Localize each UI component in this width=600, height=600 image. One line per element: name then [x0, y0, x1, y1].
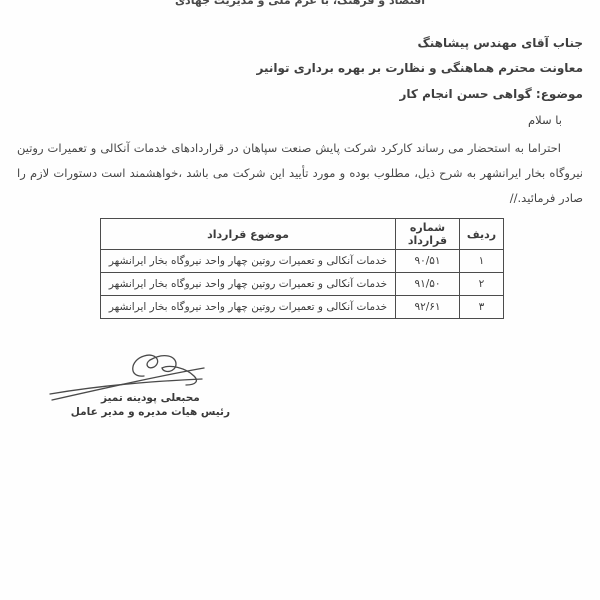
scanned-letter-page: اقتصاد و فرهنگ، با عزم ملی و مدیریت جهاد…	[0, 0, 600, 600]
signatory-title: رئیس هیات مدیره و مدیر عامل	[71, 406, 230, 420]
col-header-row-number: ردیف	[460, 219, 504, 250]
cell-row-number: ۱	[460, 250, 504, 273]
year-slogan: اقتصاد و فرهنگ، با عزم ملی و مدیریت جهاد…	[0, 0, 600, 7]
cell-contract-number: ۹۲/۶۱	[396, 296, 460, 319]
col-header-contract-number: شماره قرارداد	[396, 219, 460, 250]
cell-row-number: ۲	[460, 273, 504, 296]
cell-contract-subject: خدمات آنکالی و تعمیرات روتین چهار واحد ن…	[101, 250, 396, 273]
signature-block: محبعلی پودینه تمیز رئیس هیات مدیره و مدی…	[48, 348, 218, 420]
contracts-table: ردیف شماره قرارداد موضوع قرارداد ۱ ۹۰/۵۱…	[100, 218, 504, 319]
cell-contract-number: ۹۰/۵۱	[396, 250, 460, 273]
recipient-name: جناب آقای مهندس پیشاهنگ	[418, 36, 584, 50]
letter-subject: موضوع: گواهی حسن انجام کار	[400, 87, 583, 101]
cell-contract-subject: خدمات آنکالی و تعمیرات روتین چهار واحد ن…	[101, 273, 396, 296]
salutation: با سلام	[528, 113, 562, 127]
table-header-row: ردیف شماره قرارداد موضوع قرارداد	[101, 219, 504, 250]
signatory-info: محبعلی پودینه تمیز رئیس هیات مدیره و مدی…	[71, 392, 230, 419]
table-row: ۲ ۹۱/۵۰ خدمات آنکالی و تعمیرات روتین چها…	[101, 273, 504, 296]
cell-contract-subject: خدمات آنکالی و تعمیرات روتین چهار واحد ن…	[101, 296, 396, 319]
table-row: ۱ ۹۰/۵۱ خدمات آنکالی و تعمیرات روتین چها…	[101, 250, 504, 273]
cell-row-number: ۳	[460, 296, 504, 319]
recipient-title: معاونت محترم هماهنگی و نظارت بر بهره برد…	[257, 61, 583, 75]
cell-contract-number: ۹۱/۵۰	[396, 273, 460, 296]
table-row: ۳ ۹۲/۶۱ خدمات آنکالی و تعمیرات روتین چها…	[101, 296, 504, 319]
letter-body: احتراما به استحضار می رساند کارکرد شرکت …	[17, 136, 583, 211]
signatory-name: محبعلی پودینه تمیز	[71, 392, 230, 406]
col-header-contract-subject: موضوع قرارداد	[101, 219, 396, 250]
